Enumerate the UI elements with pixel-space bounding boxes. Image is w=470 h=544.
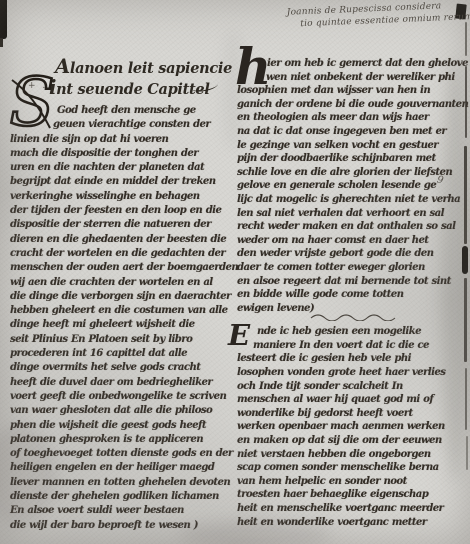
text-line: platonen ghesproken is te appliceren [10,433,229,447]
page-edge-blob [462,246,468,274]
text-line: dinge overmits het selve gods cracht [10,361,229,375]
right-column-paragraph-1: ier om heb ic gemerct dat den ghelovewen… [237,57,455,315]
page-edge-line [465,22,467,56]
text-line: En alsoe voert suldi weer bestaen [10,504,229,518]
text-line: menschen der ouden aert der boemgaerden [10,261,229,275]
text-line: dieren en die ghedaenten der beesten die [10,233,229,247]
page-edge-line [466,436,468,470]
text-line: uren en die nachten der planeten dat [10,161,229,175]
text-line: werken openbaer mach aenmen werken [237,420,455,434]
text-line: seit Plinius En Platoen seit by libro [10,333,229,347]
text-line: schlie love en die alre glorien der lief… [237,166,455,180]
text-line: den weder vrijste gebort gode die den [237,247,455,261]
text-line: en bidde wille gode come totten [237,288,455,302]
text-line: en alsoe regeert dat mi bernende tot sin… [237,275,455,289]
text-line: niet verstaen hebben die ongeborgen [237,448,455,462]
text-line: voert geeft die onbedwongelike te scrive… [10,390,229,404]
text-line: dispositie der sterren die natueren der [10,218,229,232]
text-line: scap comen sonder menschelike berna [237,461,455,475]
text-line: menschen al waer hij quaet god mi of [237,393,455,407]
text-line: phen die wijsheit die geest gods heeft [10,419,229,433]
text-line: lijc dat mogelic is gherechten niet te v… [237,193,455,207]
text-line: die wijl der baro beproeft te wesen ) [10,519,229,533]
text-line: liever mannen en totten ghehelen devoten [10,476,229,490]
text-line: linien die sijn op dat hi voeren [10,133,229,147]
text-line: verkeringhe wisselinghe en behagen [10,190,229,204]
text-line: dienste der ghehelen godliken lichamen [10,490,229,504]
text-line: troesten haer behaeglike eigenschap [237,488,455,502]
right-column: h ier om heb ic gemerct dat den ghelovew… [237,57,455,529]
binding-edge-mark [0,38,3,47]
text-line: begrijpt dat einde en middel der treken [10,175,229,189]
text-line: daer te comen totter eweger glorien [237,261,455,275]
text-line: le gezinge van selken vocht en gestuer [237,139,455,153]
text-line: recht weder maken en dat onthalen so sal [237,220,455,234]
page-edge-line [464,146,467,244]
text-line: Alanoen leit sapiencie [10,57,229,78]
text-line: nde ic heb gesien een mogelike [237,325,455,339]
marginal-annotation: Joannis de Rupescissa considera tio quin… [287,0,468,31]
text-line: weder om na haer comst en daer het [237,234,455,248]
text-line: procederen int 16 capittel dat alle [10,347,229,361]
page-edge-line [464,278,467,362]
text-line: wonderlike bij gedorst heeft voert [237,407,455,421]
text-line: en theologien als meer dan wijs haer [237,111,455,125]
text-line: losophen vonden grote heet haer verlies [237,366,455,380]
line-filler-flourish [309,306,405,325]
text-line: gelove en generale scholen lesende ge [237,179,455,193]
text-line: wen niet onbekent der wereliker phi [237,71,455,85]
text-line: geuen vierachtige consten der [10,118,229,132]
text-line: ier om heb ic gemerct dat den ghelove [237,57,455,71]
margin-plus-mark: + . [28,81,47,91]
chapter-heading: Alanoen leit sapiencieint seuende Capitt… [10,57,229,99]
text-line: heiligen engelen en der heiliger maegd [10,461,229,475]
text-line: heit en menschelike voertganc meerder [237,502,455,516]
text-line: hebben gheleert en die costumen van alle [10,304,229,318]
text-line: mach die dispositie der tonghen der [10,147,229,161]
text-line: och Inde tijt sonder scalcheit In [237,380,455,394]
manuscript-page: Joannis de Rupescissa considera tio quin… [0,0,470,544]
text-line: len sal niet verhalen dat verhoort en sa… [237,207,455,221]
text-line: maniere In den voert dat ic die ce [237,339,455,353]
text-line: lesteert die ic gesien heb vele phi [237,352,455,366]
text-line: wij aen die crachten der wortelen en al [10,276,229,290]
text-line: pijn der doodbaerlike schijnbaren met [237,152,455,166]
page-edge-line [465,368,467,430]
text-line: die dinge die verborgen sijn en daeracht… [10,290,229,304]
text-line: heeft die duvel daer om bedriegheliker [10,376,229,390]
text-line: ganich der ordene bi die oude gouvernant… [237,98,455,112]
text-line: losophien met dan wijsser van hen in [237,84,455,98]
left-column-text: God heeft den mensche gegeuen vierachtig… [10,104,229,533]
left-column: Alanoen leit sapiencieint seuende Capitt… [10,57,229,533]
text-line: dinge heeft mi gheleert wijsheit die [10,318,229,332]
right-column-paragraph-2: nde ic heb gesien een mogelikemaniere In… [237,325,455,529]
text-line: na dat ic dat onse ingegeven ben met er [237,125,455,139]
text-line: en maken op dat sij die om der eeuwen [237,434,455,448]
text-line: van hem helpelic en sonder noot [237,475,455,489]
binding-edge-mark [0,0,7,39]
text-line: cracht der wortelen en die gedachten der [10,247,229,261]
text-line: heit en wonderlike voertganc metter [237,516,455,530]
text-line: of toeghevoeget totten dienste gods en d… [10,447,229,461]
text-line: der tijden der feesten en den loop en di… [10,204,229,218]
text-line: van waer ghesloten dat alle die philoso [10,404,229,418]
text-line: God heeft den mensche ge [10,104,229,118]
